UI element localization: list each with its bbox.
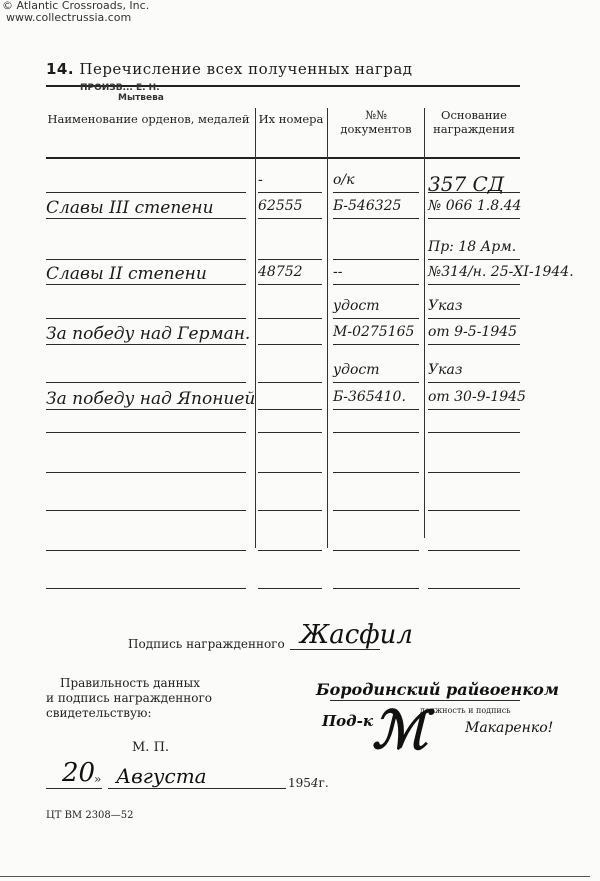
table-header-bottom-rule [46,157,520,159]
cell-underline [333,409,419,410]
date-year: 1954г. [288,776,329,791]
cell-underline [46,510,246,511]
cell-underline [258,550,322,551]
date-month: Августа [116,764,207,788]
date-month-line [108,788,286,789]
header-basis-text: Основание награждения [433,108,515,136]
cell-underline [428,409,520,410]
cell-underline [258,284,322,285]
cell-underline [46,284,246,285]
cell-name: Славы II степени [46,264,207,284]
cell-underline [333,192,419,193]
date-day-line [46,788,102,789]
cell-name: За победу над Герман. [46,324,250,344]
cell-underline [258,344,322,345]
cell-underline [333,382,419,383]
cell-underline [46,318,246,319]
cell-basis: от 9-5-1945 [428,324,517,340]
cell-underline [333,588,419,589]
cell-underline [428,218,520,219]
stamp-overlay: ПРОИЗВ... Е. Н. Мытвева [80,83,164,103]
official-signature-flourish: ℳ [372,700,428,761]
cell-underline [333,218,419,219]
cell-underline [258,218,322,219]
header-basis: Основание награждения [428,108,520,136]
cell-underline [46,472,246,473]
header-number-text: Их номера [259,112,324,126]
certify-label-1: Правильность данных [46,676,212,691]
cell-underline [46,259,246,260]
cell-underline [428,472,520,473]
cell-underline [333,318,419,319]
stamp-line-1: ПРОИЗВ... Е. Н. [80,83,164,93]
cell-number: - [258,172,263,188]
cell-underline [258,588,322,589]
cell-name: За победу над Японией [46,389,255,409]
cell-number: 48752 [258,264,303,280]
cell-underline [428,284,520,285]
cell-underline [258,318,322,319]
recipient-signature: Жасфил [300,620,413,650]
cell-underline [333,344,419,345]
cell-underline [428,344,520,345]
recipient-signature-label: Подпись награжденного [128,637,285,652]
header-doc: №№ документов [332,108,420,136]
cell-basis: №314/н. 25-XI-1944. [428,264,574,280]
cell-basis: Указ [428,362,462,378]
cell-underline [428,510,520,511]
cell-basis: от 30-9-1945 [428,389,526,405]
certify-label-2: и подпись награжденного [46,691,212,706]
cell-underline [46,409,246,410]
cell-underline [258,382,322,383]
cell-underline [258,409,322,410]
cell-underline [46,382,246,383]
cell-underline [258,510,322,511]
seal-label: М. П. [132,740,169,755]
cell-number: 62555 [258,198,303,214]
column-divider-1 [255,108,256,548]
cell-doc: удост [333,298,380,314]
cell-doc: -- [333,264,342,280]
cell-underline [428,550,520,551]
cell-underline [333,432,419,433]
cell-underline [258,472,322,473]
cell-doc: удост [333,362,380,378]
cell-name: Славы III степени [46,198,214,218]
cell-underline [46,432,246,433]
stamp-line-2: Мытвева [80,93,164,103]
cell-underline [428,259,520,260]
rank: Под-к [322,712,373,730]
date-year-prefix: 195 [288,776,311,790]
cell-underline [46,218,246,219]
cell-basis: 357 СД [428,172,504,196]
form-code: ЦТ ВМ 2308—52 [46,808,134,823]
cell-underline [333,472,419,473]
cell-underline [428,432,520,433]
cell-basis: № 066 1.8.44 [428,198,521,214]
column-divider-3 [424,108,425,538]
date-quote: » [94,772,101,787]
certify-label-3: свидетельствую: [46,706,212,721]
cell-doc: Б-365410. [333,389,406,405]
cell-underline [428,382,520,383]
header-name-text: Наименование орденов, медалей [47,112,249,126]
cell-underline [428,588,520,589]
cell-underline [428,318,520,319]
cell-underline [333,510,419,511]
date-year-suffix: 4 [311,776,319,790]
header-doc-text: №№ документов [340,108,411,136]
position-caption: должность и подпись [420,703,511,718]
cell-underline [46,550,246,551]
bottom-rule [0,876,590,877]
cell-underline [258,432,322,433]
cell-underline [46,192,246,193]
header-name: Наименование орденов, медалей [46,112,251,126]
section-title: 14. Перечисление всех полученных наград [46,60,413,78]
cell-underline [333,259,419,260]
cell-underline [46,344,246,345]
certify-label: Правильность данных и подпись награжденн… [46,676,212,721]
column-divider-2 [327,108,328,548]
cell-underline [333,284,419,285]
cell-doc: М-0275165 [333,324,414,340]
cell-underline [46,588,246,589]
official-signature: Макаренко! [465,720,553,736]
header-number: Их номера [258,112,324,126]
cell-underline [333,550,419,551]
watermark-url: www.collectrussia.com [2,12,149,24]
cell-doc: Б-546325 [333,198,401,214]
cell-underline [258,259,322,260]
date-year-unit: г. [319,776,329,790]
date-day: 20 [62,758,95,788]
section-title-text: Перечисление всех полученных наград [79,60,412,78]
section-number: 14. [46,60,74,78]
cell-basis: Пр: 18 Арм. [428,239,516,255]
cell-underline [258,192,322,193]
watermark: © Atlantic Crossroads, Inc. www.collectr… [2,0,149,24]
cell-doc: о/к [333,172,355,188]
official-position: Бородинский райвоенком [316,680,559,699]
cell-basis: Указ [428,298,462,314]
